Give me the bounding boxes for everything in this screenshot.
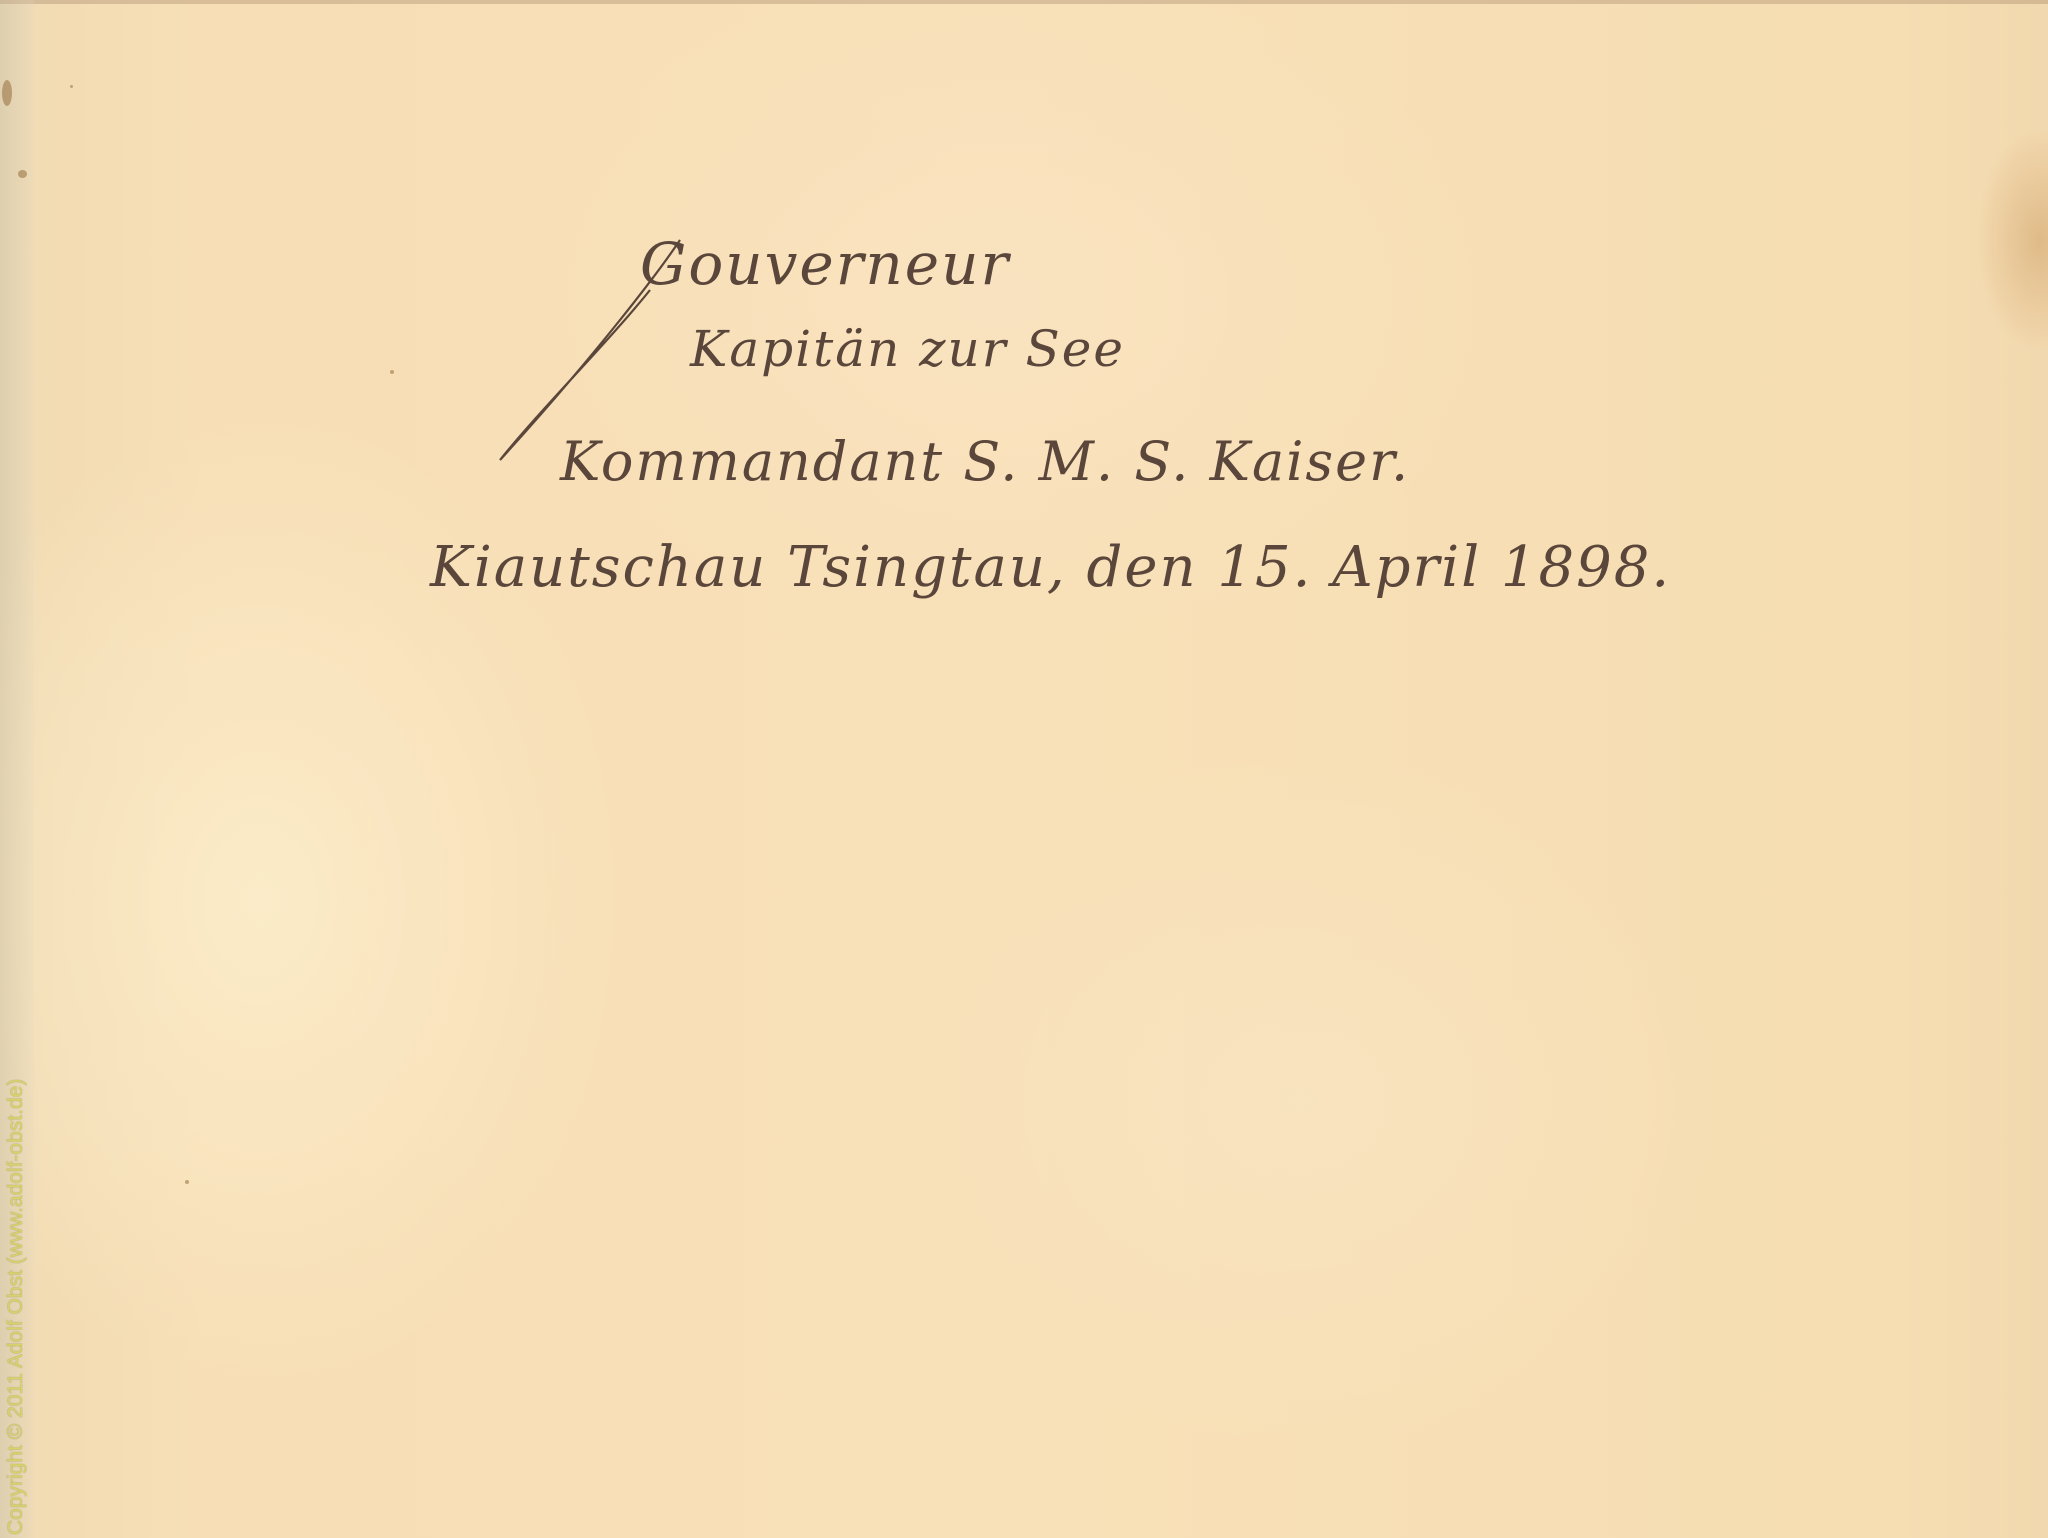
foxing-spot: [185, 1180, 189, 1184]
foxing-spot: [18, 170, 27, 178]
foxing-spot: [390, 370, 394, 374]
handwritten-rank-line: Kapitän zur See: [690, 320, 1125, 378]
album-page: Gouverneur Kapitän zur See Kommandant S.…: [0, 0, 2048, 1538]
foxing-spot: [70, 85, 73, 88]
copyright-watermark: Copyright © 2011 Adolf Obst (www.adolf-o…: [4, 1079, 28, 1535]
handwritten-command-line: Kommandant S. M. S. Kaiser.: [560, 430, 1410, 493]
handwritten-place-date-line: Kiautschau Tsingtau, den 15. April 1898.: [430, 535, 1671, 600]
foxing-spot: [2, 80, 12, 106]
page-top-edge: [0, 0, 2048, 4]
handwritten-title-line: Gouverneur: [640, 230, 1010, 298]
